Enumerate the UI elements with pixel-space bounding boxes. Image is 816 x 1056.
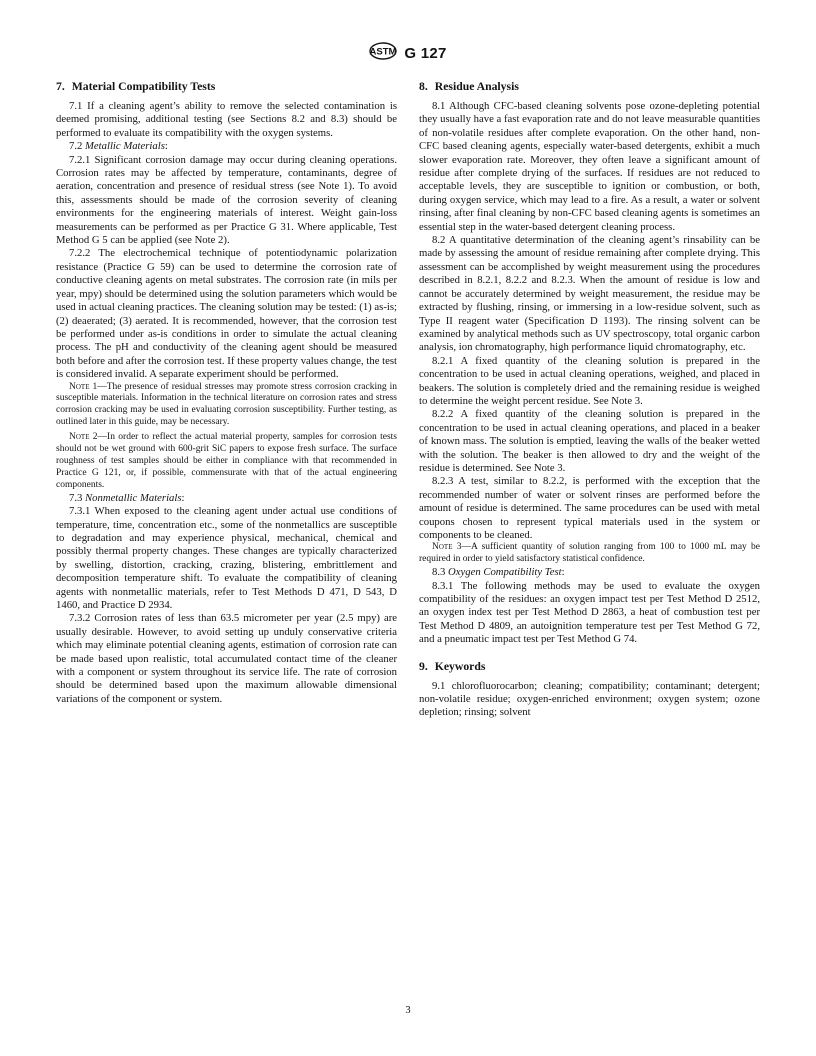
paragraph-9-1: 9.1 chlorofluorocarbon; cleaning; compat… — [419, 680, 760, 720]
paragraph-7-3-1: 7.3.1 When exposed to the cleaning agent… — [56, 505, 397, 612]
astm-logo-icon: ASTM — [369, 42, 397, 65]
note-2: Note 2—In order to reflect the actual ma… — [56, 432, 397, 492]
paragraph-8-2-2: 8.2.2 A fixed quantity of the cleaning s… — [419, 408, 760, 475]
paragraph-7-3: 7.3 Nonmetallic Materials: — [56, 492, 397, 505]
paragraph-8-3: 8.3 Oxygen Compatibility Test: — [419, 566, 760, 579]
two-column-body: 7.Material Compatibility Tests 7.1 If a … — [56, 80, 760, 720]
section-9-heading: 9.Keywords — [419, 660, 760, 674]
right-column: 8.Residue Analysis 8.1 Although CFC-base… — [419, 80, 760, 720]
note-3: Note 3—A sufficient quantity of solution… — [419, 542, 760, 566]
section-7-heading: 7.Material Compatibility Tests — [56, 80, 397, 94]
paragraph-7-2: 7.2 Metallic Materials: — [56, 140, 397, 153]
document-header: ASTM G 127 — [56, 42, 760, 65]
paragraph-7-3-2: 7.3.2 Corrosion rates of less than 63.5 … — [56, 612, 397, 706]
paragraph-8-3-1: 8.3.1 The following methods may be used … — [419, 580, 760, 647]
doc-code: G 127 — [404, 45, 446, 62]
paragraph-8-1: 8.1 Although CFC-based cleaning solvents… — [419, 100, 760, 234]
document-page: ASTM G 127 7.Material Compatibility Test… — [0, 0, 816, 1056]
paragraph-7-2-1: 7.2.1 Significant corrosion damage may o… — [56, 154, 397, 248]
paragraph-8-2-3: 8.2.3 A test, similar to 8.2.2, is perfo… — [419, 475, 760, 542]
astm-logo-text: ASTM — [370, 47, 397, 58]
paragraph-8-2: 8.2 A quantitative determination of the … — [419, 234, 760, 355]
paragraph-8-2-1: 8.2.1 A fixed quantity of the cleaning s… — [419, 355, 760, 409]
section-8-heading: 8.Residue Analysis — [419, 80, 760, 94]
page-number: 3 — [0, 1005, 816, 1016]
note-1: Note 1—The presence of residual stresses… — [56, 382, 397, 430]
left-column: 7.Material Compatibility Tests 7.1 If a … — [56, 80, 397, 720]
paragraph-7-1: 7.1 If a cleaning agent’s ability to rem… — [56, 100, 397, 140]
paragraph-7-2-2: 7.2.2 The electrochemical technique of p… — [56, 247, 397, 381]
